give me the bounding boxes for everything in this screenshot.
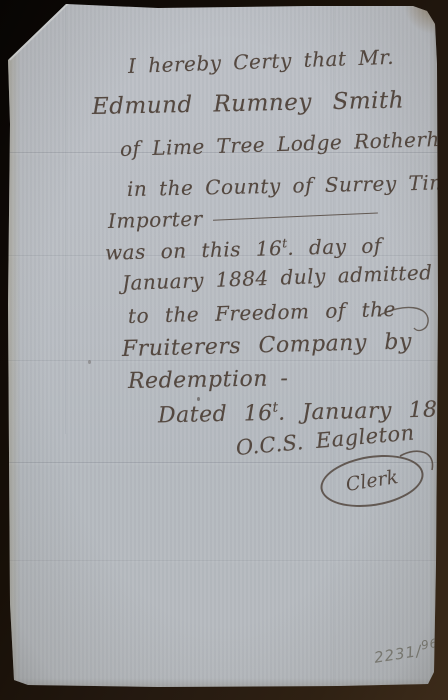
- handwritten-line: of Lime Tree Lodge Rotherhithe: [120, 126, 448, 161]
- handwritten-line: I hereby Certy that Mr.: [128, 45, 395, 78]
- line-text: January 1884 duly admitted: [122, 260, 433, 295]
- paper-crease: [8, 560, 438, 561]
- line-text: I hereby Certy that Mr.: [128, 45, 395, 78]
- handwritten-line: Edmund Rumney Smith: [92, 87, 405, 120]
- line-text: Dated 16: [158, 401, 273, 428]
- clerk-label: Clerk: [344, 466, 399, 496]
- archive-reference-suffix: 96: [420, 636, 439, 653]
- line-text: Fruiterers Company by: [122, 329, 412, 362]
- torn-corner-edge: [9, 2, 69, 60]
- line-text: was on this 16: [105, 236, 283, 265]
- ink-speck: [88, 360, 91, 364]
- line-text: Edmund Rumney Smith: [92, 87, 405, 120]
- line-text: of Lime Tree Lodge Rotherhithe: [120, 126, 448, 161]
- handwritten-line: to the Freedom of the: [128, 297, 396, 328]
- handwritten-line: January 1884 duly admitted: [122, 260, 433, 295]
- handwritten-line: in the County of Surrey Timber: [127, 170, 448, 201]
- paper-crease: [65, 4, 66, 434]
- handwritten-line: Redemption -: [128, 366, 289, 394]
- line-text: Redemption -: [128, 366, 289, 394]
- archive-reference-number: 2231/: [373, 642, 423, 667]
- certificate-paper: I hereby Certy that Mr. Edmund Rumney Sm…: [8, 4, 438, 688]
- line-text: Importer: [108, 207, 203, 233]
- line-text: . January 1884: [278, 397, 448, 426]
- line-text: in the County of Surrey Timber: [127, 170, 448, 201]
- line-text: to the Freedom of the: [128, 297, 396, 328]
- handwritten-line: Importer: [108, 202, 378, 233]
- handwritten-line: Fruiterers Company by: [122, 329, 412, 362]
- photograph-mount: I hereby Certy that Mr. Edmund Rumney Sm…: [0, 0, 448, 700]
- line-text: . day of: [287, 233, 382, 259]
- archive-reference: 2231/96: [372, 636, 440, 667]
- paper-crease: [8, 360, 438, 361]
- handwritten-line: was on this 16t. day of: [105, 233, 382, 265]
- importer-rule: [213, 213, 378, 221]
